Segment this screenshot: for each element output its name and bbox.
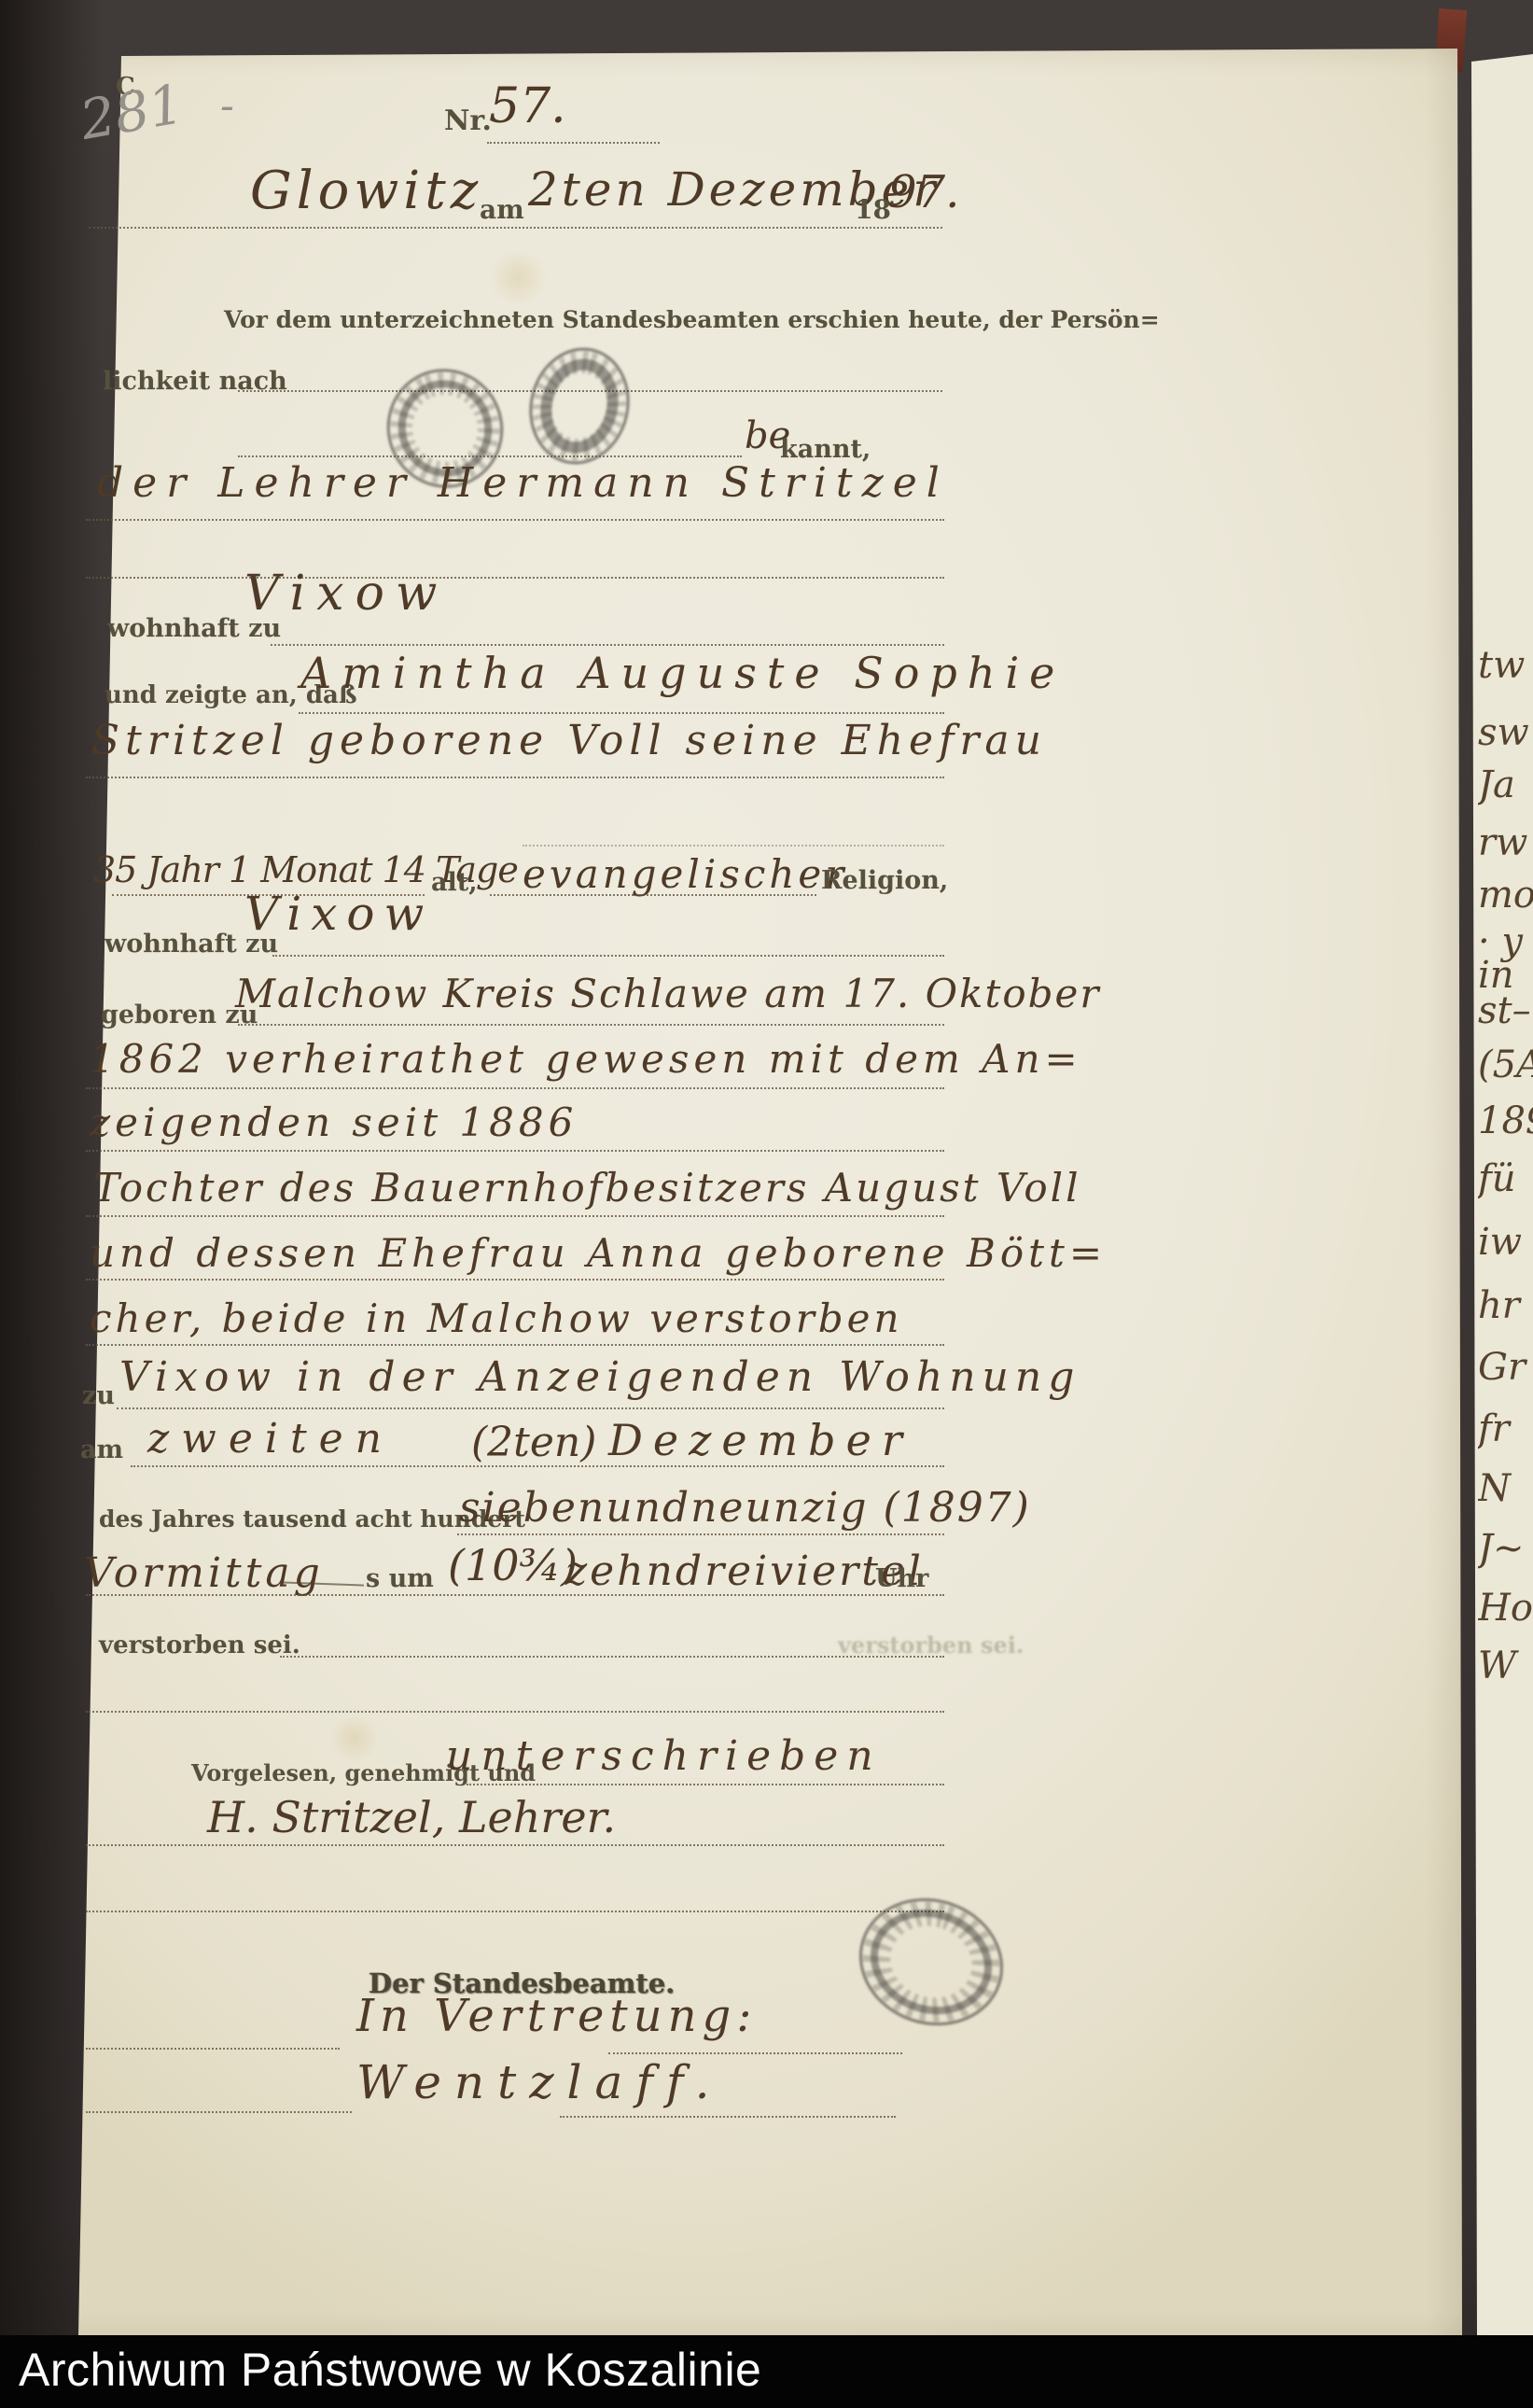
deceased-statement: verstorben sei.: [99, 1631, 300, 1659]
archive-oval-stamp: [517, 337, 641, 475]
dotted-rule: [86, 1150, 944, 1152]
handwriting-fragment: (5A: [1478, 1043, 1533, 1086]
handwriting-fragment: fü: [1478, 1157, 1516, 1200]
declarant-signature: H. Stritzel, Lehrer.: [207, 1792, 616, 1842]
pencil-folio-number: 281: [76, 72, 188, 152]
archive-caption: Archiwum Państwowe w Koszalinie: [19, 2343, 761, 2397]
handwriting-fragment: fr: [1478, 1407, 1510, 1450]
handwriting-fragment: Ho: [1478, 1587, 1533, 1630]
religion-label: Religion,: [821, 866, 948, 895]
dotted-rule: [86, 1594, 944, 1596]
dotted-rule: [86, 519, 944, 521]
born-line-2: 1862 verheirathet gewesen mit dem An=: [90, 1036, 1082, 1082]
dotted-rule: [487, 142, 660, 144]
archive-caption-bar: Archiwum Państwowe w Koszalinie: [0, 2335, 1533, 2408]
am-label: am: [480, 194, 524, 225]
year-printed: 18: [855, 194, 891, 225]
death-time-handwritten-1: Vormittag: [84, 1549, 324, 1597]
parents-line-1: Tochter des Bauernhofbesitzers August Vo…: [93, 1165, 1081, 1211]
residence-entry: Vixow: [244, 566, 448, 622]
scanned-death-record: C. 281 - Nr. 57. Glowitz am 2ten Dezembe…: [0, 0, 1533, 2408]
handwriting-fragment: Gr: [1478, 1346, 1526, 1389]
deceased-name-line-1: Amintha Auguste Sophie: [300, 648, 1065, 698]
death-day-label: am: [80, 1435, 123, 1464]
dotted-rule: [467, 1784, 944, 1785]
registrar-signature: Wentzlaff.: [356, 2055, 722, 2109]
handwriting-fragment: mo: [1478, 874, 1533, 917]
dotted-rule: [86, 1215, 944, 1217]
dotted-rule: [86, 777, 944, 778]
handwriting-fragment: Ja: [1478, 763, 1515, 806]
record-number-label: Nr.: [444, 105, 492, 137]
dotted-rule: [280, 1656, 944, 1658]
place-entry: Glowitz: [250, 161, 482, 221]
dotted-rule: [299, 712, 944, 714]
dotted-rule: [238, 455, 742, 457]
dotted-rule: [86, 577, 944, 579]
death-time-value: (10¾): [448, 1540, 578, 1590]
handwriting-fragment: N: [1478, 1467, 1511, 1510]
dotted-rule: [490, 894, 816, 896]
declarant-entry: der Lehrer Hermann Stritzel: [97, 459, 949, 507]
handwriting-fragment: iw: [1478, 1221, 1522, 1264]
closing-handwritten: unterschrieben: [446, 1732, 882, 1780]
dotted-rule: [457, 1533, 944, 1535]
dotted-rule: [86, 1711, 944, 1713]
dotted-rule: [560, 2116, 896, 2118]
handwriting-fragment: W: [1478, 1645, 1516, 1687]
pencil-dash: -: [220, 82, 234, 130]
dotted-rule: [89, 227, 942, 229]
born-entry: Malchow Kreis Schlawe am 17. Oktober: [235, 971, 1100, 1016]
death-place-entry: Vixow in der Anzeigenden Wohnung: [119, 1353, 1080, 1401]
death-month-entry: Dezember: [608, 1415, 913, 1465]
death-time-label-2: Uhr: [875, 1564, 928, 1593]
born-line-3: zeigenden seit 1886: [90, 1099, 578, 1145]
dotted-rule: [238, 1024, 944, 1026]
dotted-rule: [523, 845, 944, 847]
form-content: C. 281 - Nr. 57. Glowitz am 2ten Dezembe…: [0, 0, 1533, 2408]
dotted-rule: [86, 1844, 944, 1846]
parents-line-2: und dessen Ehefrau Anna geborene Bött=: [90, 1230, 1107, 1276]
handwriting-fragment: 189: [1478, 1099, 1533, 1142]
dotted-rule: [86, 2048, 340, 2050]
death-time-label-1: s um: [366, 1564, 434, 1593]
handwriting-fragment: st–: [1478, 989, 1531, 1032]
dotted-rule: [86, 2111, 352, 2113]
dotted-rule: [272, 955, 944, 957]
dotted-rule: [86, 1344, 944, 1346]
age-label: alt,: [431, 868, 478, 897]
parents-line-3: cher, beide in Malchow verstorben: [90, 1295, 903, 1341]
death-time-handwritten-2: zehndreiviertel: [565, 1547, 924, 1595]
record-number-value: 57.: [489, 78, 566, 134]
death-day-entry: zweiten: [147, 1415, 394, 1463]
handwriting-fragment: tw: [1478, 644, 1525, 687]
death-year-entry: siebenundneunzig (1897): [459, 1484, 1031, 1532]
dotted-rule: [271, 644, 944, 646]
paper-stain: [485, 252, 550, 303]
deceased-name-line-2: Stritzel geborene Voll seine Ehefrau: [91, 717, 1047, 764]
dotted-rule: [608, 2052, 902, 2054]
handwriting-fragment: hr: [1478, 1284, 1520, 1327]
dotted-rule: [117, 1407, 944, 1409]
paper-stain: [327, 1717, 383, 1759]
religion-entry: evangelischer: [523, 851, 847, 897]
dotted-rule: [86, 1087, 944, 1089]
dotted-rule: [86, 1911, 944, 1912]
dotted-rule: [86, 1279, 944, 1281]
archive-oval-stamp: [843, 1880, 1020, 2044]
year-entry: 97.: [888, 166, 959, 218]
death-day-ordinal: (2ten): [471, 1419, 596, 1466]
handwriting-fragment: J~: [1478, 1527, 1525, 1570]
residence2-entry: Vixow: [244, 887, 433, 941]
intro-line-1: Vor dem unterzeichneten Standesbeamten e…: [224, 306, 1160, 333]
adjacent-page-handwriting: twswJarwmo· yinst–(5A189füiwhrGrfrNJ~HoW: [1478, 0, 1533, 2335]
ink-ghost: verstorben sei.: [838, 1631, 1024, 1659]
dotted-rule: [131, 1465, 944, 1467]
deputy-note: In Vertretung:: [356, 1990, 757, 2042]
handwriting-fragment: rw: [1478, 821, 1527, 864]
death-place-label: zu: [82, 1381, 115, 1410]
handwriting-fragment: sw: [1478, 711, 1529, 754]
